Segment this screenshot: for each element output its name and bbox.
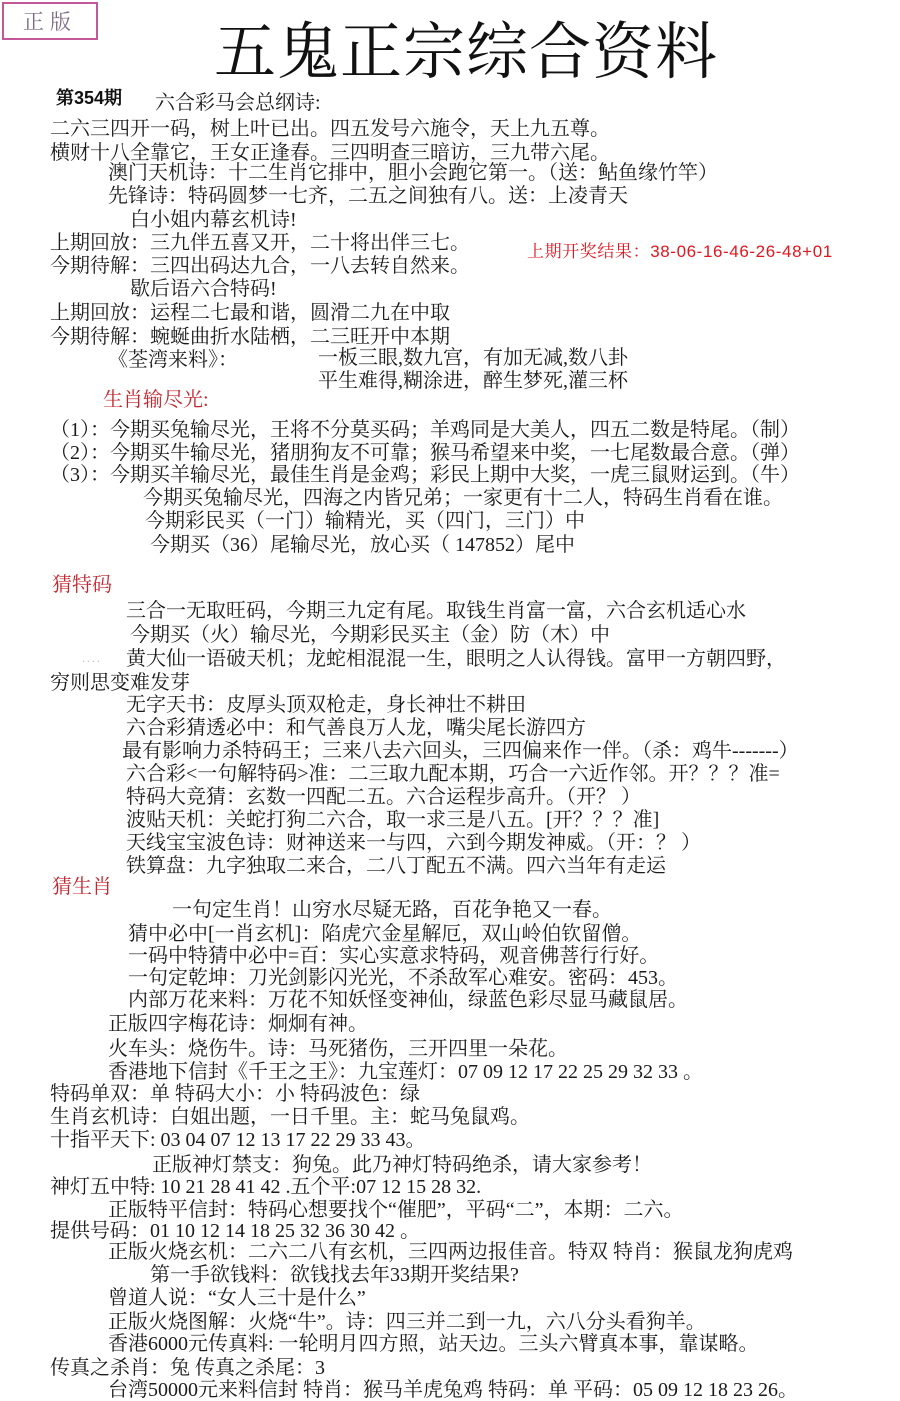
guess-zodiac-line: 正版神灯禁支：狗兔。此乃神灯特码绝杀，请大家参考！: [152, 1154, 652, 1176]
guess-zodiac-line: 第一手欲钱料：欲钱找去年33期开奖结果?: [150, 1264, 519, 1286]
xiehouyu-last-review: 上期回放：运程二七最和谐，圆滑二九在中取: [50, 302, 450, 324]
guess-code-line: 特码大竞猜：玄数一四配二五。六合运程步高升。（开？ ）: [126, 786, 641, 808]
section-heading-guess-code: 猜特码: [52, 574, 112, 596]
guess-zodiac-line: 内部万花来料：万花不知妖怪变神仙，绿蓝色彩尽显马藏鼠居。: [128, 989, 688, 1011]
genuine-badge-label: 正版: [23, 6, 77, 36]
guess-code-line: 无字天书：皮厚头顶双枪走，身长神壮不耕田: [126, 694, 526, 716]
bai-this-issue: 今期待解：三四出码达九合，一八去转自然来。: [50, 255, 470, 277]
section-heading-guess-zodiac: 猜生肖: [52, 876, 112, 898]
tsuen-wan-line: 平生难得,糊涂进，醉生梦死,灌三杯: [318, 370, 628, 392]
guess-zodiac-line: 神灯五中特: 10 21 28 41 42 .五个平:07 12 15 28 3…: [50, 1176, 481, 1198]
faint-dots: ....: [82, 652, 102, 664]
tsuen-wan-line: 一板三眼,数九宫，有加无减,数八卦: [318, 347, 628, 369]
guess-zodiac-line: 一码中特猜中必中=百：实心实意求特码，观音佛菩行行好。: [128, 945, 659, 967]
guess-zodiac-line: 猜中必中[一肖玄机]：陷虎穴金星解厄，双山岭伯钦留僧。: [128, 923, 641, 945]
guess-zodiac-line: 曾道人说：“女人三十是什么”: [108, 1287, 366, 1309]
guess-zodiac-line: 香港6000元传真料: 一轮明月四方照，站天边。三头六臂真本事，靠谋略。: [108, 1333, 759, 1355]
guess-zodiac-line: 特码单双：单 特码大小：小 特码波色：绿: [50, 1083, 420, 1105]
document-page: 正版 五鬼正宗综合资料 第354期 六合彩马会总纲诗: 二六三四开一码，树上叶已…: [0, 0, 900, 1401]
guess-zodiac-line: 一句定乾坤：刀光剑影闪光光，不杀敌军心难安。密码：453。: [128, 967, 678, 989]
poem-line: 二六三四开一码，树上叶已出。四五发号六施令，天上九五尊。: [50, 118, 610, 140]
tsuen-wan-label: 《荃湾来料》：: [108, 349, 238, 371]
guess-code-line: 穷则思变难发芽: [50, 672, 190, 694]
zodiac-lose-line: （1）：今期买兔输尽光，王将不分莫买码；羊鸡同是大美人，四五二数是特尾。（制）: [50, 419, 800, 441]
guess-zodiac-line: 提供号码：01 10 12 14 18 25 32 36 30 42 。: [50, 1220, 420, 1242]
guess-code-line: 波贴天机：关蛇打狗二六合，取一求三是八五。[开？？？准]: [126, 809, 659, 831]
genuine-badge: 正版: [2, 2, 98, 40]
guess-code-line: 三合一无取旺码，今期三九定有尾。取钱生肖富一富，六合玄机适心水: [126, 600, 746, 622]
guess-code-line: 今期买（火）输尽光，今期彩民买主（金）防（木）中: [130, 624, 610, 646]
guess-zodiac-line: 正版火烧玄机：二六二八有玄机，三四两边报佳音。特双 特肖：猴鼠龙狗虎鸡: [108, 1241, 793, 1263]
issue-number: 第354期: [56, 87, 122, 109]
xiehouyu-title: 歇后语六合特码!: [130, 278, 277, 300]
bai-poem-title: 白小姐内幕玄机诗!: [130, 209, 297, 231]
zodiac-lose-line: 今期彩民买（一门）输精光，买（四门，三门）中: [145, 510, 585, 532]
guess-zodiac-line: 香港地下信封《千王之王》：九宝莲灯：07 09 12 17 22 25 29 3…: [108, 1061, 703, 1083]
guess-zodiac-line: 火车头：烧伤牛。诗：马死猪伤，三开四里一朵花。: [108, 1038, 568, 1060]
guess-zodiac-line: 台湾50000元来料信封 特肖：猴马羊虎兔鸡 特码：单 平码：05 09 12 …: [108, 1379, 798, 1401]
guess-zodiac-line: 正版特平信封：特码心想要找个“催肥”，平码“二”，本期：二六。: [108, 1199, 684, 1221]
zodiac-lose-line: （2）：今期买牛输尽光，猪朋狗友不可靠；猴马希望来中奖，一七尾数最合意。（弹）: [50, 442, 800, 464]
bai-last-review: 上期回放：三九伴五喜又开，二十将出伴三七。: [50, 232, 470, 254]
guess-zodiac-line: 生肖玄机诗：白姐出题，一日千里。主：蛇马兔鼠鸡。: [50, 1106, 530, 1128]
guess-code-line: 六合彩猜透必中：和气善良万人龙，嘴尖尾长游四方: [126, 717, 586, 739]
poem-title: 六合彩马会总纲诗:: [155, 92, 321, 114]
guess-code-line: 天线宝宝波色诗：财神送来一与四，六到今期发神威。（开：？ ）: [126, 832, 701, 854]
guess-code-line: 黄大仙一语破天机；龙蛇相混混一生，眼明之人认得钱。富甲一方朝四野，: [126, 648, 786, 670]
poem-line: 横财十八全靠它，王女正逢春。三四明查三暗访，三九带六尾。: [50, 142, 610, 164]
pioneer-poem: 先锋诗：特码圆梦一七齐，二五之间独有八。送：上凌青天: [108, 185, 628, 207]
section-heading-zodiac-lose: 生肖输尽光:: [103, 389, 209, 411]
last-draw-result: 上期开奖结果：38-06-16-46-26-48+01: [527, 241, 833, 263]
guess-zodiac-line: 传真之杀肖：兔 传真之杀尾：3: [50, 1357, 325, 1379]
page-title: 五鬼正宗综合资料: [206, 14, 726, 90]
guess-zodiac-line: 一句定生肖！山穷水尽疑无路，百花争艳又一春。: [172, 899, 612, 921]
guess-zodiac-line: 正版四字梅花诗：炯炯有神。: [108, 1013, 368, 1035]
guess-code-line: 铁算盘：九字独取二来合，二八丁配五不满。四六当年有走运: [126, 855, 666, 877]
zodiac-lose-line: （3）：今期买羊输尽光，最佳生肖是金鸡；彩民上期中大奖，一虎三鼠财运到。（牛）: [50, 464, 800, 486]
macau-poem: 澳门天机诗：十二生肖它排中，胆小会跑它第一。（送：鲇鱼缘竹竿）: [108, 162, 718, 184]
guess-code-line: 最有影响力杀特码王；三来八去六回头，三四偏来作一伴。（杀：鸡牛-------）: [122, 740, 799, 762]
guess-zodiac-line: 十指平天下: 03 04 07 12 13 17 22 29 33 43。: [50, 1129, 426, 1151]
xiehouyu-this-issue: 今期待解：蜿蜒曲折水陆栖，二三旺开中本期: [50, 326, 450, 348]
guess-zodiac-line: 正版火烧图解：火烧“牛”。诗：四三并二到一九，六八分头看狗羊。: [108, 1311, 706, 1333]
zodiac-lose-line: 今期买兔输尽光，四海之内皆兄弟；一家更有十二人，特码生肖看在谁。: [143, 487, 783, 509]
guess-code-line: 六合彩<一句解特码>准：二三取九配本期，巧合一六近作邻。开？？？准=: [126, 763, 780, 785]
zodiac-lose-line: 今期买（36）尾输尽光，放心买（ 147852）尾中: [150, 534, 575, 556]
